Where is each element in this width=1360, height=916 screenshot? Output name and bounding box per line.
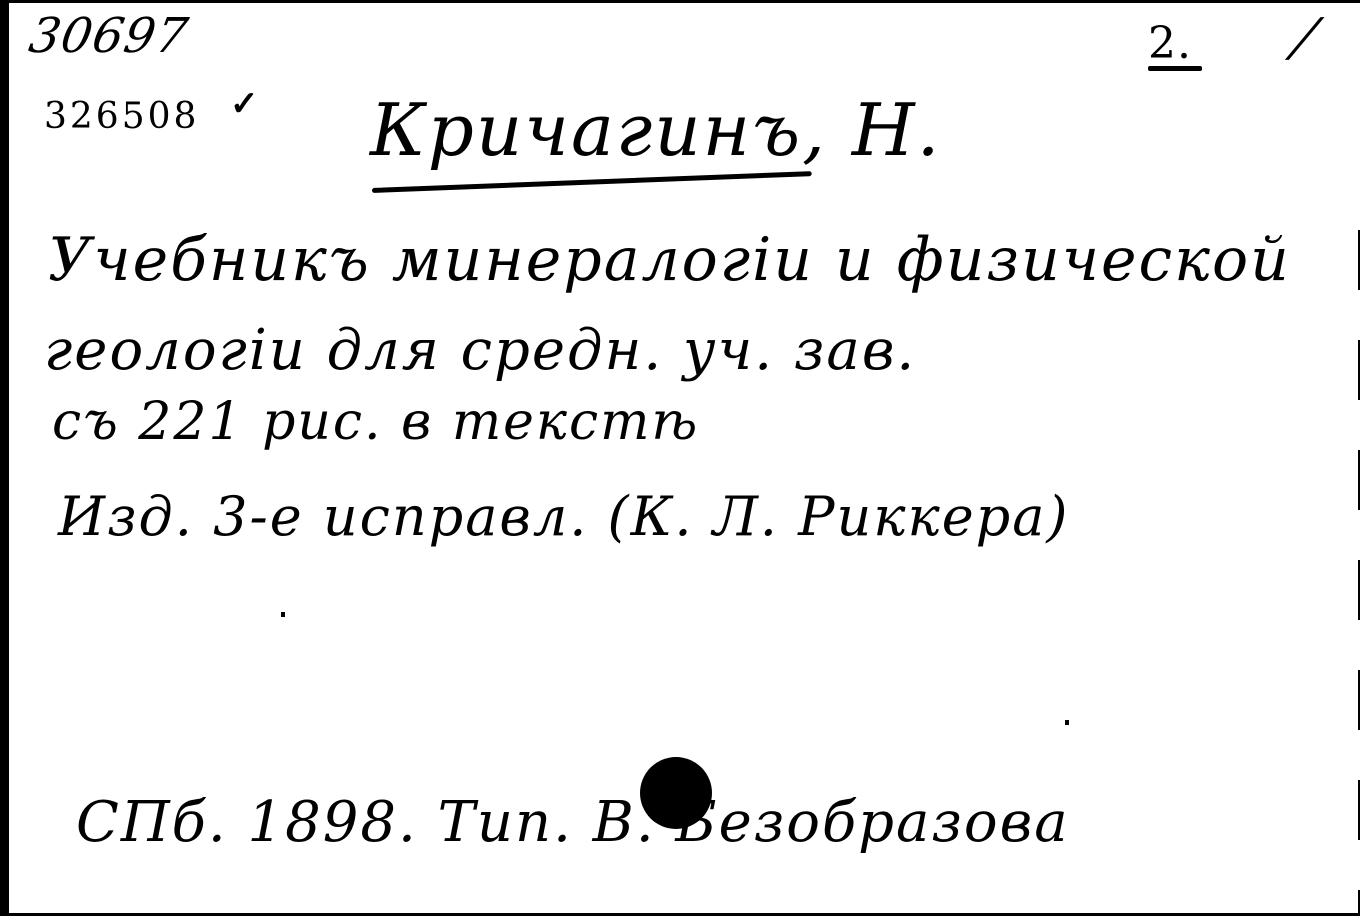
author-heading: Кричагинъ, Н. [370,88,942,172]
inventory-number: 30697 [25,8,193,64]
card-border-top [0,0,1360,3]
call-number: 326508 [44,96,199,137]
title-line-2: геологіи для средн. уч. зав. [44,318,916,383]
punch-hole [640,757,712,829]
author-underline [372,171,812,193]
card-index-underline [1148,66,1202,71]
check-mark-icon: ✓ [230,84,260,124]
ink-speck [1065,720,1069,725]
card-index: 2. [1148,18,1192,69]
edition-statement: Изд. 3-е исправл. (К. Л. Риккера) [58,485,1070,548]
catalog-card: 30697 326508 ✓ 2. / Кричагинъ, Н. Учебни… [0,0,1360,916]
card-border-left [0,0,9,916]
ink-speck [281,612,285,617]
title-line-1: Учебникъ минералогіи и физической [48,225,1291,295]
illustrations-note: съ 221 рис. в текстѣ [52,392,699,452]
card-sequence-mark: / [1286,8,1324,68]
imprint: СПб. 1898. Тип. В. Безобразова [76,790,1070,855]
